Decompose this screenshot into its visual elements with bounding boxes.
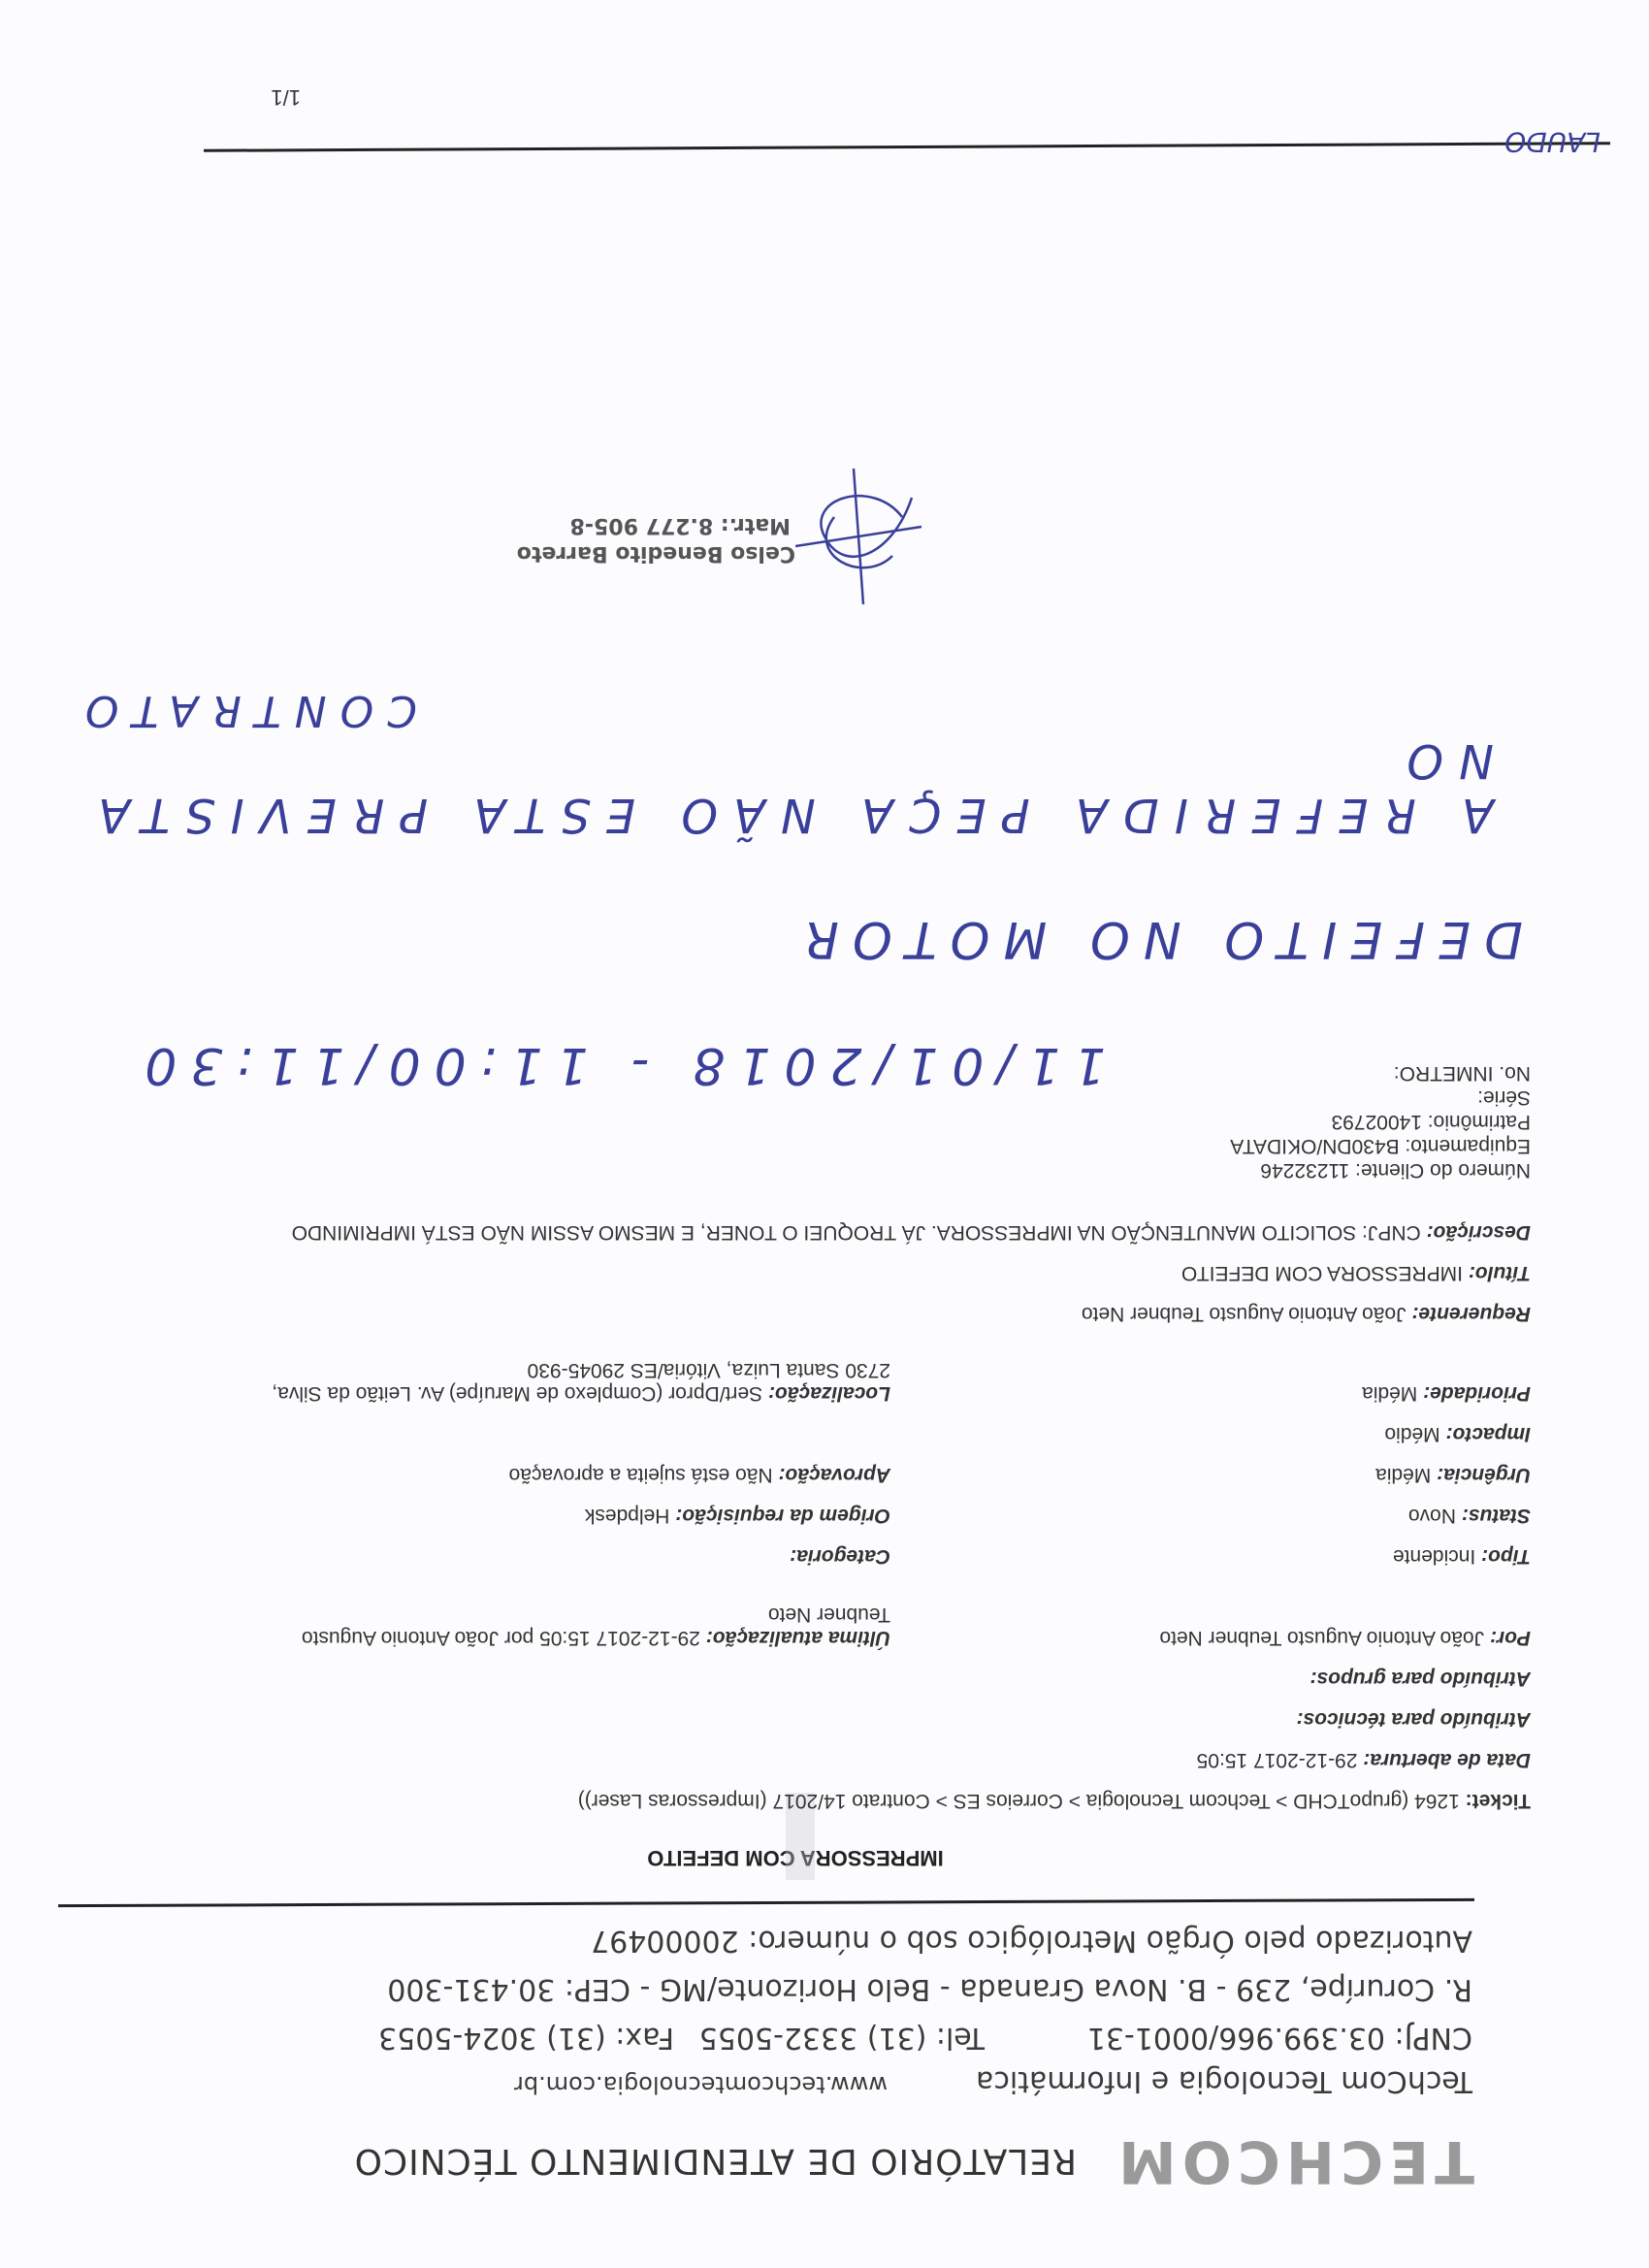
handwritten-laudo: LAUDO xyxy=(1504,126,1600,158)
company-name: TechCom Tecnologia e Informática xyxy=(976,2064,1472,2098)
inmetro-number: No. INMETRO: xyxy=(1394,1061,1531,1085)
assigned-techs-field: Atribuído para técnicos: xyxy=(1296,1707,1531,1731)
title-field: Título: IMPRESSORA COM DEFEITO xyxy=(1181,1261,1531,1284)
assigned-groups-field: Atribuído para grupos: xyxy=(1310,1667,1532,1690)
priority-field: Prioridade: Média xyxy=(1362,1381,1531,1405)
technician-name: Celso Benedito Barreto xyxy=(517,541,795,566)
client-number: Número do Cliente: 11232246 xyxy=(1260,1158,1531,1182)
equipment: Equipamento: B430DN/OKIDATA xyxy=(1230,1134,1531,1157)
urgency-field: Urgência: Média xyxy=(1375,1463,1531,1486)
description-field: Descrição: CNPJ: SOLICITO MANUTENÇÃO NA … xyxy=(153,1220,1531,1244)
scanned-document-page: TECHCOM RELATÓRIO DE ATENDIMENTO TÉCNICO… xyxy=(0,0,1649,2268)
status-field: Status: Novo xyxy=(1408,1504,1531,1527)
by-field: Por: João Antonio Augusto Teubner Neto xyxy=(1159,1626,1531,1649)
company-fax: Fax: (31) 3024-5053 xyxy=(378,2021,674,2055)
technician-signature: Celso Benedito Barreto Matr.: 8.277 905-… xyxy=(517,513,795,566)
handwritten-datetime: 11/01/2018 - 11:00/11:30 xyxy=(131,1036,1106,1094)
company-authorization: Autorizado pelo Órgão Metrológico sob o … xyxy=(591,1924,1472,1958)
impact-field: Impacto: Médio xyxy=(1384,1422,1531,1445)
type-field: Tipo: Incidente xyxy=(1393,1544,1531,1568)
handwritten-note-line: A REFERIDA PEÇA NÃO ESTA PREVISTA NO xyxy=(0,733,1494,842)
company-website: www.techcomtecnologia.com.br xyxy=(514,2071,888,2098)
origin-field: Origem da requisição: Helpdesk xyxy=(585,1504,890,1527)
handwritten-defect: DEFEITO NO MOTOR xyxy=(791,910,1523,968)
company-cnpj: CNPJ: 03.399.966/0001-31 xyxy=(1087,2021,1472,2055)
company-address: R. Corurípe, 239 - B. Nova Granada - Bel… xyxy=(387,1972,1472,2006)
technician-registration: Matr.: 8.277 905-8 xyxy=(517,513,791,537)
category-field: Categoria: xyxy=(790,1544,890,1568)
header-divider xyxy=(58,1898,1474,1907)
ticket-field: Ticket: 1264 (grupoTCHD > Techcom Tecnol… xyxy=(578,1789,1531,1812)
company-phone: Tel: (31) 3332-5055 xyxy=(699,2021,985,2055)
serial-number: Série: xyxy=(1477,1085,1531,1109)
company-logo: TECHCOM xyxy=(1113,2127,1474,2195)
report-title: RELATÓRIO DE ATENDIMENTO TÉCNICO xyxy=(354,2141,1077,2181)
patrimony: Patrimônio: 14002793 xyxy=(1332,1110,1531,1133)
footer-divider xyxy=(204,142,1610,152)
last-update-field: Última atualização: 29-12-2017 15:05 por… xyxy=(250,1603,890,1649)
location-field: Localização: Sert/Dpror (Complexo de Mar… xyxy=(231,1358,890,1405)
signature-scribble-icon xyxy=(795,459,931,614)
page-number: 1/1 xyxy=(271,84,301,110)
requester-field: Requerente: João Antonio Augusto Teubner… xyxy=(1082,1302,1531,1325)
handwritten-note-line: CONTRATO xyxy=(72,686,417,735)
approval-field: Aprovação: Não está sujeita a aprovação xyxy=(509,1463,890,1486)
opened-field: Data de abertura: 29-12-2017 15:05 xyxy=(1197,1748,1531,1771)
